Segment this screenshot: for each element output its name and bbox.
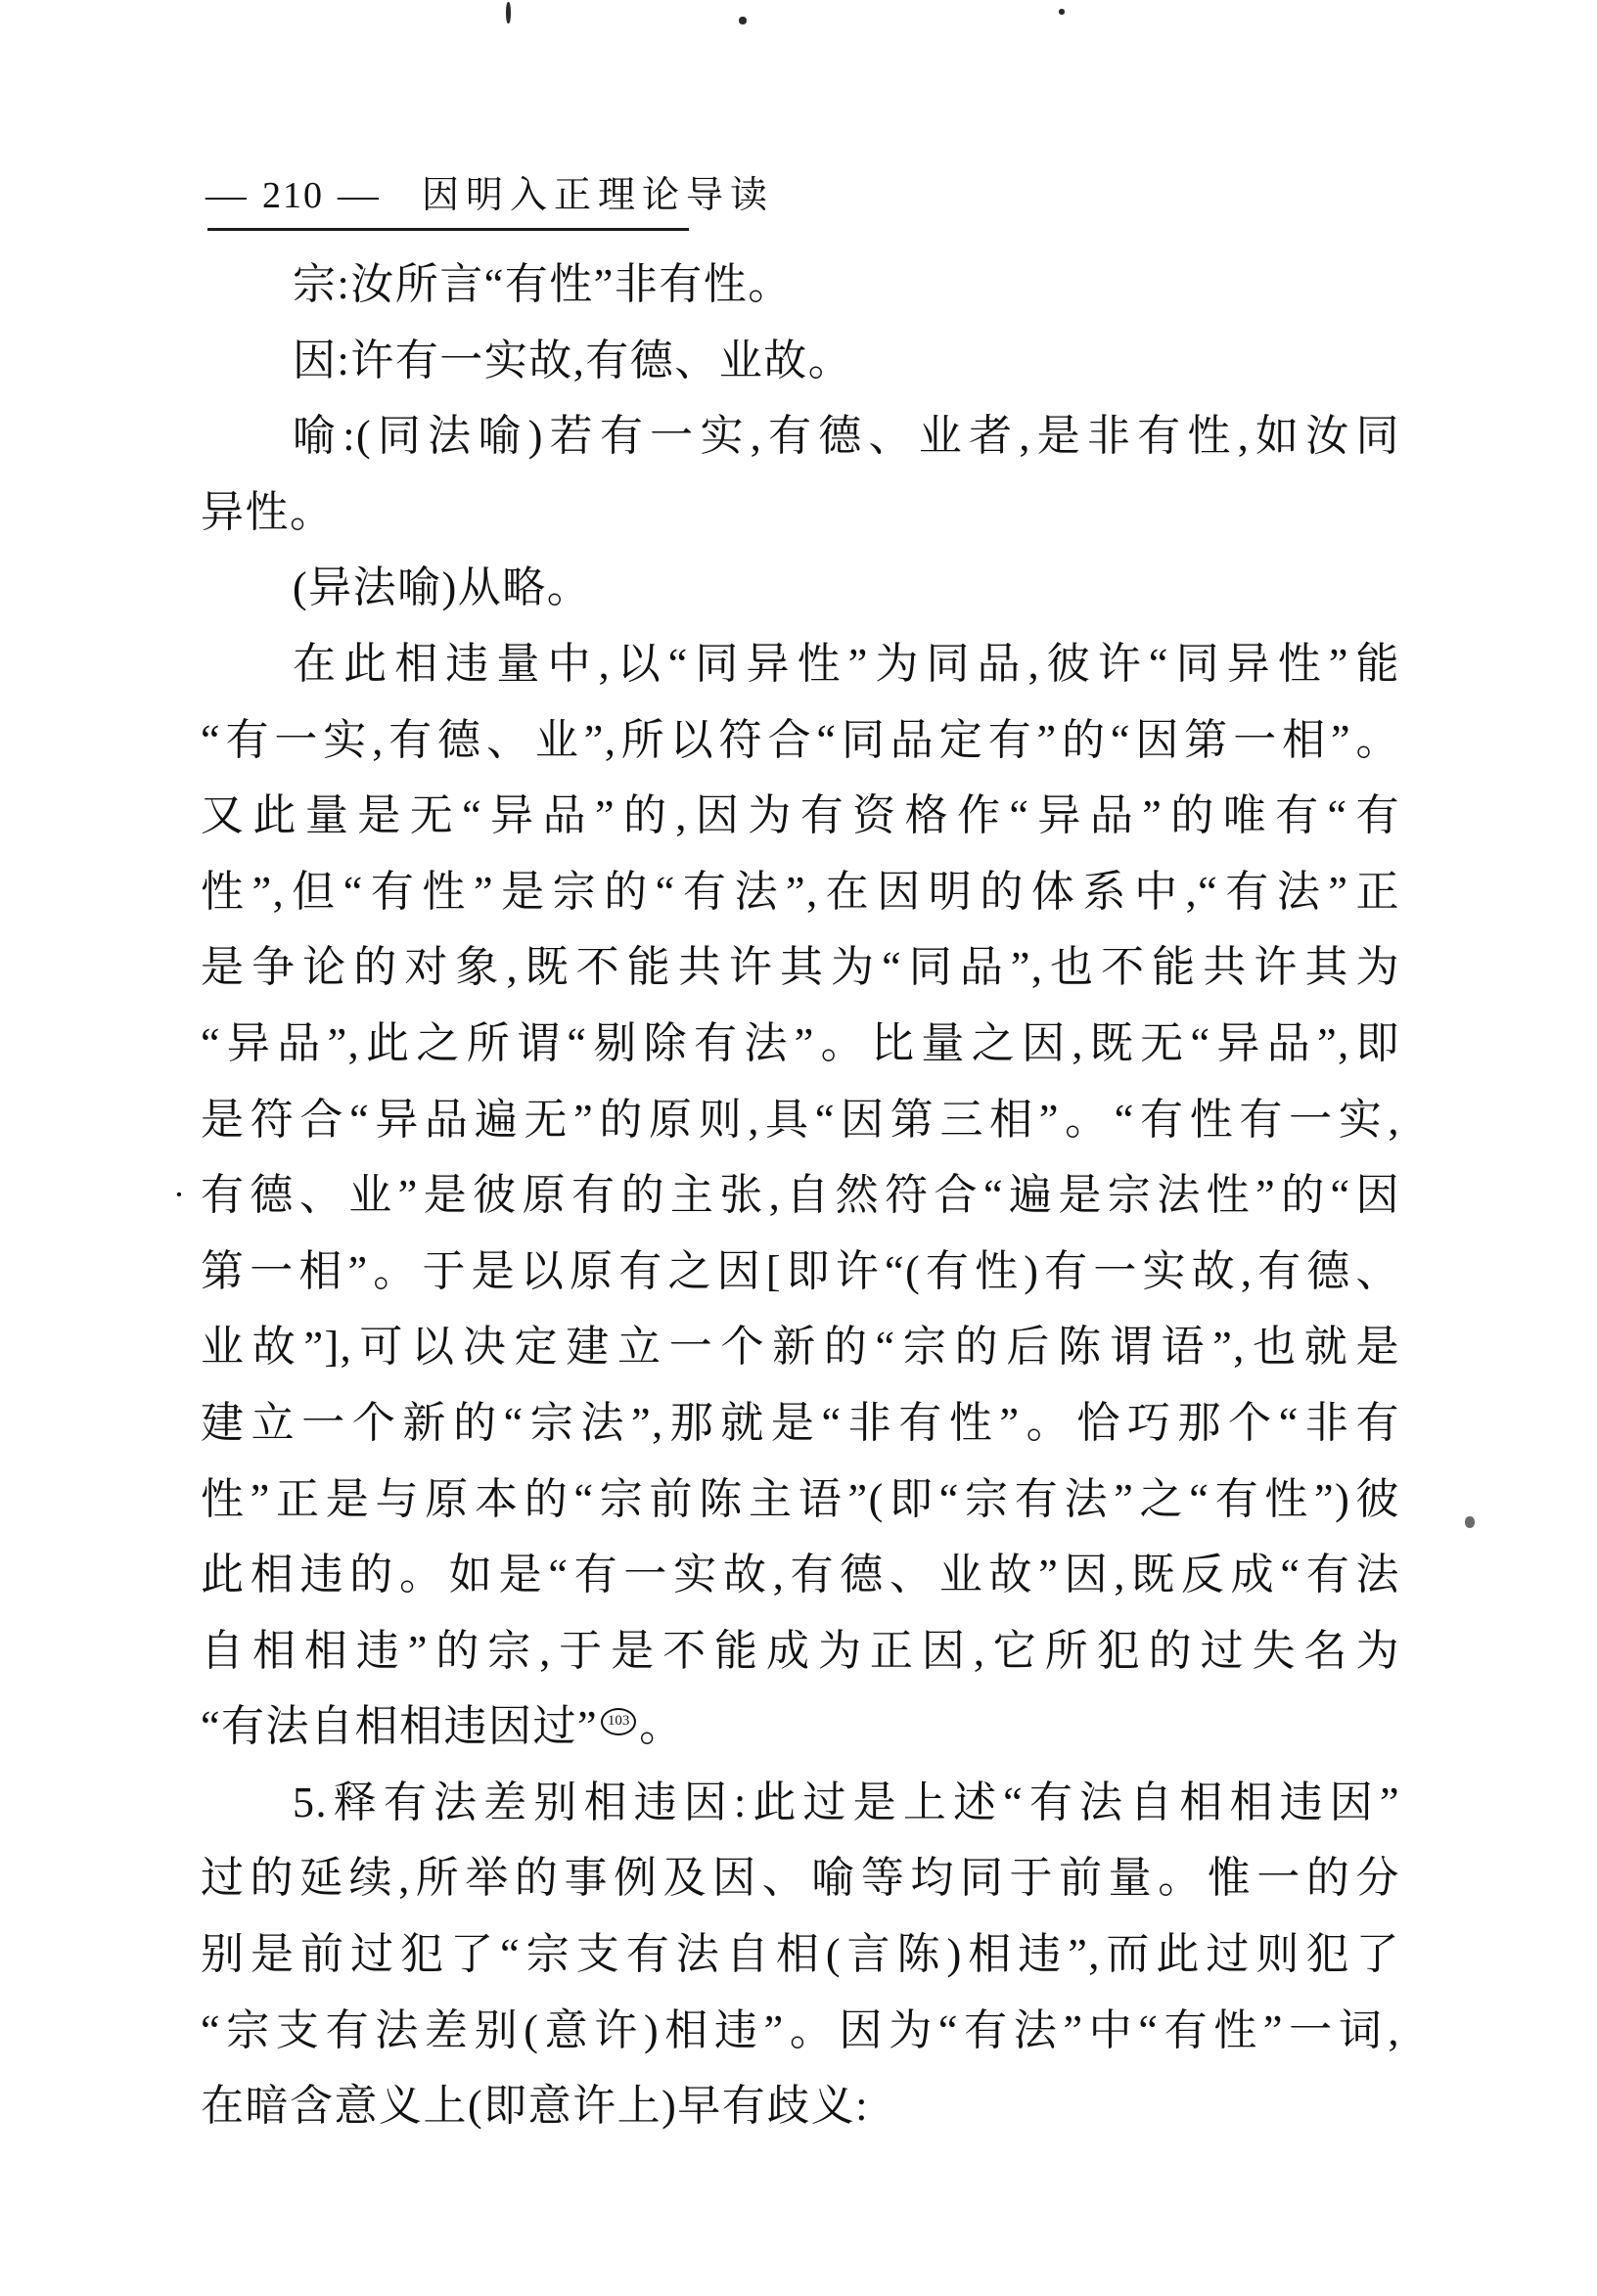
margin-dot: ·: [173, 1157, 187, 1234]
line-text: 在此相违量中,以“同异性”为同品,彼许“同异性”能: [293, 640, 1400, 688]
text-line: 是符合“异品遍无”的原则,具“因第三相”。“有性有一实,: [201, 1082, 1400, 1158]
header-left-dash: —: [205, 174, 249, 217]
line-text: 别是前过犯了“宗支有法自相(言陈)相违”,而此过则犯了: [201, 1930, 1400, 1978]
line-text: 性”,但“有性”是宗的“有法”,在因明的体系中,“有法”正: [201, 868, 1400, 916]
running-header: — 210 — 因明入正理论导读: [207, 164, 689, 231]
text-line: 又此量是无“异品”的,因为有资格作“异品”的唯有“有: [201, 778, 1400, 854]
line-text: 因:许有一实故,有德、业故。: [293, 337, 852, 384]
text-line: 因:许有一实故,有德、业故。: [201, 323, 1400, 399]
scan-speck: [1465, 1516, 1475, 1528]
text-line: 在此相违量中,以“同异性”为同品,彼许“同异性”能: [201, 626, 1400, 702]
book-title: 因明入正理论导读: [422, 164, 774, 218]
line-text: “异品”,此之所谓“剔除有法”。比量之因,既无“异品”,即: [201, 1019, 1400, 1067]
line-text: 又此量是无“异品”的,因为有资格作“异品”的唯有“有: [201, 791, 1400, 839]
scan-speck: [1059, 9, 1065, 15]
line-text: 有德、业”是彼原有的主张,自然符合“遍是宗法性”的“因: [201, 1171, 1400, 1219]
text-line: 此相违的。如是“有一实故,有德、业故”因,既反成“有法: [201, 1537, 1400, 1613]
text-line: 是争论的对象,既不能共许其为“同品”,也不能共许其为: [201, 929, 1400, 1006]
text-block: 宗:汝所言“有性”非有性。因:许有一实故,有德、业故。喻:(同法喻)若有一实,有…: [201, 247, 1400, 2144]
line-text: 业故”],可以决定建立一个新的“宗的后陈谓语”,也就是: [201, 1323, 1400, 1371]
page-number: 210: [262, 174, 324, 217]
line-text: 建立一个新的“宗法”,那就是“非有性”。恰巧那个“非有: [201, 1399, 1400, 1447]
scan-speck: [506, 2, 511, 23]
line-text: 性”正是与原本的“宗前陈主语”(即“宗有法”之“有性”)彼: [201, 1475, 1400, 1523]
line-text: 异性。: [201, 488, 335, 536]
line-text: 过的延续,所举的事例及因、喻等均同于前量。惟一的分: [201, 1854, 1400, 1902]
text-line: 异性。: [201, 474, 1400, 551]
text-line: “有一实,有德、业”,所以符合“同品定有”的“因第一相”。: [201, 702, 1400, 779]
text-line: 喻:(同法喻)若有一实,有德、业者,是非有性,如汝同: [201, 398, 1400, 474]
line-tail: 。: [639, 1702, 684, 1750]
text-line: 建立一个新的“宗法”,那就是“非有性”。恰巧那个“非有: [201, 1385, 1400, 1462]
text-line: “有法自相相违因过”103。: [201, 1688, 1400, 1765]
footnote-marker: 103: [601, 1708, 636, 1735]
line-text: 在暗含意义上(即意许上)早有歧义:: [201, 2082, 869, 2130]
text-line: 宗:汝所言“有性”非有性。: [201, 247, 1400, 323]
header-right-dash: —: [338, 174, 381, 217]
text-line: 第一相”。于是以原有之因[即许“(有性)有一实故,有德、: [201, 1234, 1400, 1310]
line-text: 自相相违”的宗,于是不能成为正因,它所犯的过失名为: [201, 1627, 1400, 1675]
text-line: 性”正是与原本的“宗前陈主语”(即“宗有法”之“有性”)彼: [201, 1462, 1400, 1538]
text-line: 过的延续,所举的事例及因、喻等均同于前量。惟一的分: [201, 1840, 1400, 1916]
line-text: 第一相”。于是以原有之因[即许“(有性)有一实故,有德、: [201, 1247, 1400, 1295]
text-line: 性”,但“有性”是宗的“有法”,在因明的体系中,“有法”正: [201, 854, 1400, 930]
text-line: 自相相违”的宗,于是不能成为正因,它所犯的过失名为: [201, 1613, 1400, 1689]
line-text: 宗:汝所言“有性”非有性。: [293, 260, 793, 308]
text-line: 业故”],可以决定建立一个新的“宗的后陈谓语”,也就是: [201, 1309, 1400, 1385]
text-line: ·有德、业”是彼原有的主张,自然符合“遍是宗法性”的“因: [201, 1157, 1400, 1234]
line-text: (异法喻)从略。: [293, 563, 591, 611]
line-text: 是符合“异品遍无”的原则,具“因第三相”。“有性有一实,: [201, 1096, 1400, 1144]
line-text: 此相违的。如是“有一实故,有德、业故”因,既反成“有法: [201, 1551, 1400, 1598]
text-line: “异品”,此之所谓“剔除有法”。比量之因,既无“异品”,即: [201, 1006, 1400, 1082]
text-line: 在暗含意义上(即意许上)早有歧义:: [201, 2068, 1400, 2144]
text-line: (异法喻)从略。: [201, 550, 1400, 626]
line-text: “有一实,有德、业”,所以符合“同品定有”的“因第一相”。: [201, 716, 1400, 764]
text-line: 别是前过犯了“宗支有法自相(言陈)相违”,而此过则犯了: [201, 1916, 1400, 1993]
book-page: — 210 — 因明入正理论导读 宗:汝所言“有性”非有性。因:许有一实故,有德…: [0, 0, 1597, 2296]
text-line: 5.释有法差别相违因:此过是上述“有法自相相违因”: [201, 1765, 1400, 1841]
line-text: “宗支有法差别(意许)相违”。因为“有法”中“有性”一词,: [201, 2006, 1400, 2054]
line-text: 是争论的对象,既不能共许其为“同品”,也不能共许其为: [201, 943, 1400, 991]
line-text: “有法自相相违因过”: [201, 1702, 598, 1750]
line-text: 喻:(同法喻)若有一实,有德、业者,是非有性,如汝同: [293, 412, 1400, 460]
line-text: 5.释有法差别相违因:此过是上述“有法自相相违因”: [293, 1778, 1400, 1826]
scan-speck: [739, 17, 747, 24]
text-line: “宗支有法差别(意许)相违”。因为“有法”中“有性”一词,: [201, 1993, 1400, 2069]
